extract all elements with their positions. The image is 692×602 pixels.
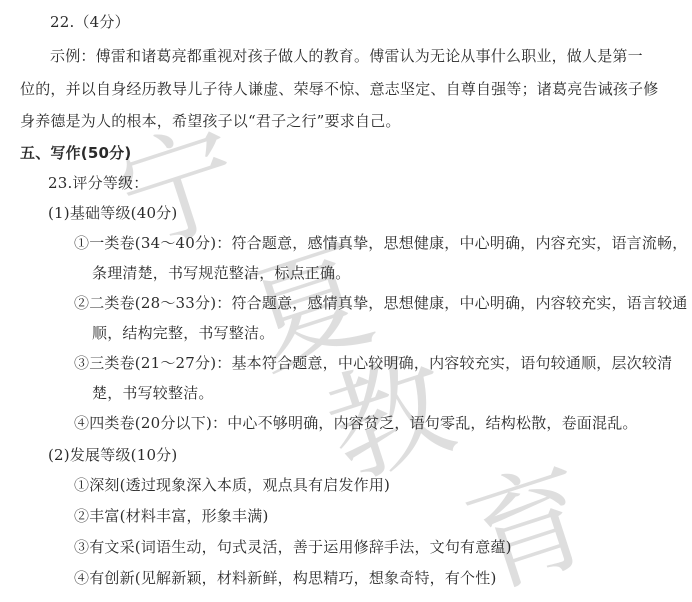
q23-title: 23.评分等级：: [48, 173, 148, 193]
section-heading-writing: 五、写作(50分): [20, 143, 131, 163]
grade-2-line-2: 顺，结构完整，书写整洁。: [92, 323, 274, 343]
grade-1-line-1: ①一类卷(34～40分)：符合题意，感情真挚，思想健康，中心明确，内容充实，语言…: [74, 233, 687, 253]
development-item-4: ④有创新(见解新颖，材料新鲜，构思精巧，想象奇特，有个性): [74, 568, 497, 588]
grade-1-line-2: 条理清楚，书写规范整洁，标点正确。: [92, 263, 350, 283]
q22-title: 22.（4分）: [50, 12, 130, 32]
development-item-3: ③有文采(词语生动，句式灵活，善于运用修辞手法，文句有意蕴): [74, 537, 512, 557]
q22-answer-line-3: 身养德是为人的根本，希望孩子以“君子之行”要求自己。: [20, 111, 401, 131]
development-item-1: ①深刻(透过现象深入本质，观点具有启发作用): [74, 475, 390, 495]
q22-answer-line-2: 位的，并以自身经历教导儿子待人谦虚、荣辱不惊、意志坚定、自尊自强等；诸葛亮告诫孩…: [20, 79, 658, 99]
basic-grade-title: (1)基础等级(40分): [48, 203, 177, 223]
q22-answer-line-1: 示例：傅雷和诸葛亮都重视对孩子做人的教育。傅雷认为无论从事什么职业，做人是第一: [50, 46, 643, 66]
development-grade-title: (2)发展等级(10分): [48, 445, 177, 465]
grade-3-line-2: 楚，书写较整洁。: [92, 383, 214, 403]
grade-2-line-1: ②二类卷(28～33分)：符合题意，感情真挚，思想健康，中心明确，内容较充实，语…: [74, 293, 687, 313]
grade-4-line-1: ④四类卷(20分以下)：中心不够明确，内容贫乏，语句零乱，结构松散，卷面混乱。: [74, 413, 638, 433]
development-item-2: ②丰富(材料丰富，形象丰满): [74, 506, 269, 526]
grade-3-line-1: ③三类卷(21～27分)：基本符合题意，中心较明确，内容较充实，语句较通顺，层次…: [74, 353, 672, 373]
